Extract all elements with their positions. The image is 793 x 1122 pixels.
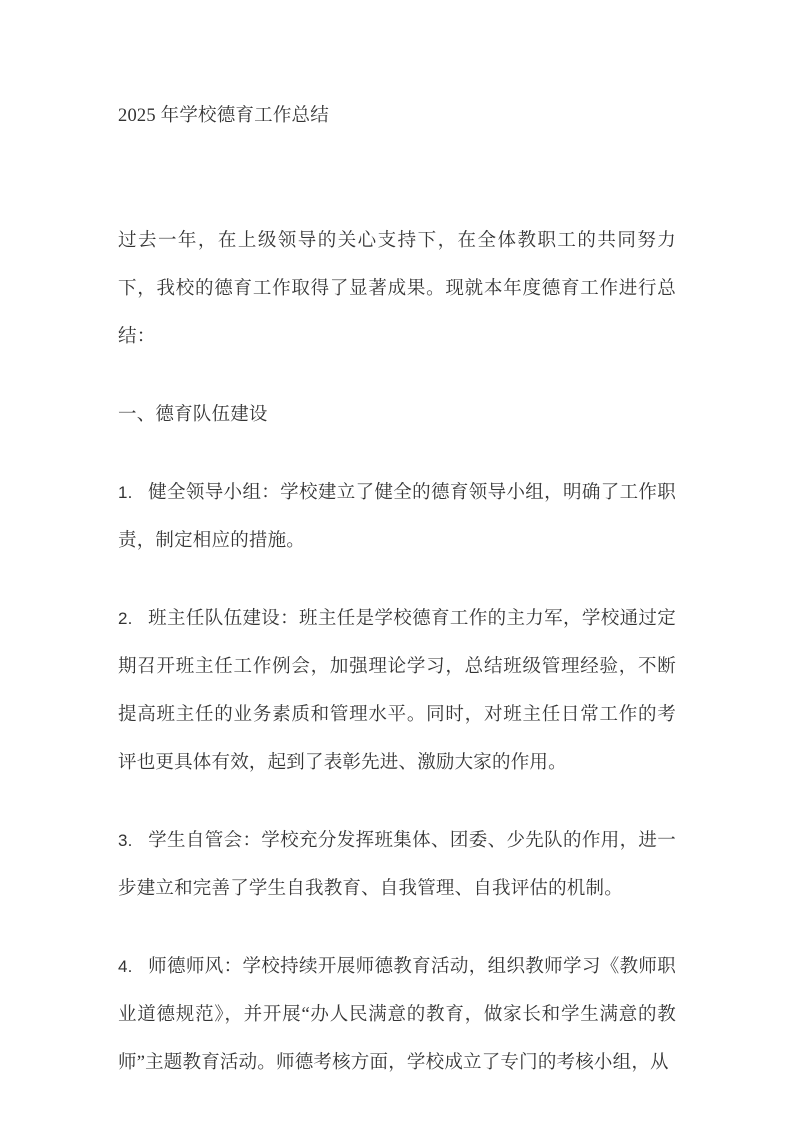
list-item-text: 学生自管会：学校充分发挥班集体、团委、少先队的作用，进一步建立和完善了学生自我教… [118,831,676,899]
list-item: 1.健全领导小组：学校建立了健全的德育领导小组，明确了工作职责，制定相应的措施。 [118,469,676,565]
list-item: 3.学生自管会：学校充分发挥班集体、团委、少先队的作用，进一步建立和完善了学生自… [118,817,676,913]
list-item-text: 班主任队伍建设：班主任是学校德育工作的主力军，学校通过定期召开班主任工作例会，加… [118,609,676,773]
document-content: 2025 年学校德育工作总结 过去一年，在上级领导的关心支持下，在全体教职工的共… [0,0,793,1087]
list-item-number: 3. [118,817,148,865]
intro-paragraph: 过去一年，在上级领导的关心支持下，在全体教职工的共同努力下，我校的德育工作取得了… [118,217,676,361]
list-item: 4.师德师风：学校持续开展师德教育活动，组织教师学习《教师职业道德规范》，并开展… [118,943,676,1087]
list-item-text: 师德师风：学校持续开展师德教育活动，组织教师学习《教师职业道德规范》，并开展“办… [118,957,676,1073]
list-item-number: 4. [118,943,148,991]
list-item: 2.班主任队伍建设：班主任是学校德育工作的主力军，学校通过定期召开班主任工作例会… [118,595,676,787]
document-page: 2025 年学校德育工作总结 过去一年，在上级领导的关心支持下，在全体教职工的共… [0,0,793,1122]
list-item-text: 健全领导小组：学校建立了健全的德育领导小组，明确了工作职责，制定相应的措施。 [118,483,676,551]
document-title: 2025 年学校德育工作总结 [118,92,676,140]
section-heading: 一、德育队伍建设 [118,391,676,439]
list-item-number: 1. [118,469,148,517]
list-item-number: 2. [118,595,148,643]
